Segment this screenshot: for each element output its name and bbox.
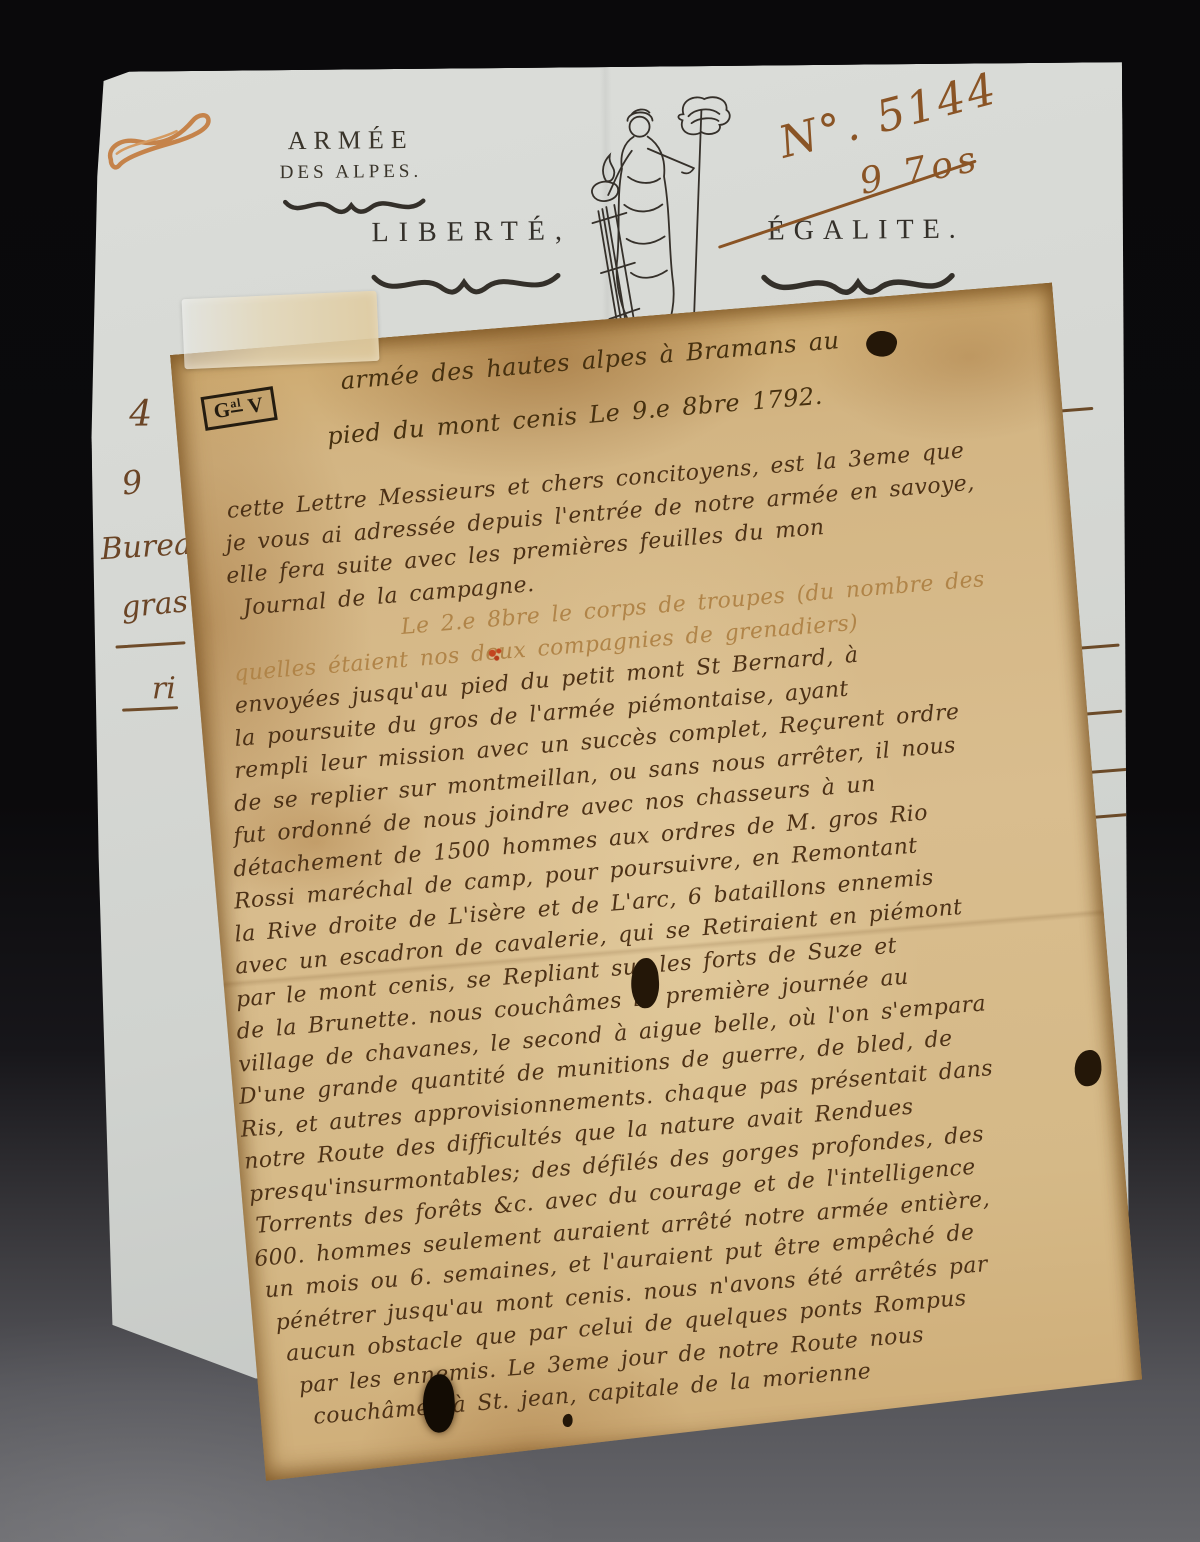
ink-blot <box>864 327 900 360</box>
army-subname: DES ALPES. <box>201 160 501 185</box>
margin-stroke <box>122 706 178 711</box>
ink-spot <box>562 1414 573 1428</box>
margin-fragment: Burea <box>100 527 193 568</box>
manuscript-letter-page: Gal V armée des hautes alpes à Bramans a… <box>170 282 1145 1481</box>
photograph-of-historical-documents: ARMÉE DES ALPES. LIBERTÉ, ÉGALITE. <box>0 0 1200 1542</box>
motto-liberte: LIBERTÉ, <box>371 215 572 249</box>
margin-fragment: 9 <box>120 463 145 503</box>
brace-ornament-liberte <box>368 265 564 303</box>
fasces-bundle <box>592 205 639 325</box>
right-edge-ink-stroke <box>1091 812 1136 819</box>
figure-of-liberty <box>607 109 695 335</box>
army-name: ARMÉE <box>201 124 501 157</box>
manuscript-place-date: armée des hautes alpes à Bramans au <box>340 326 841 395</box>
handwritten-registry-annotation: 9 7os <box>856 138 984 203</box>
margin-fragment: gras <box>120 584 190 625</box>
pike-staff <box>678 97 732 332</box>
stamp-superscript: al <box>229 395 243 413</box>
adhesive-tape <box>182 291 380 369</box>
red-ink-mark <box>487 647 504 662</box>
calligraphic-flourish <box>104 107 215 174</box>
ink-blot <box>1073 1049 1103 1087</box>
margin-stroke <box>115 641 185 648</box>
army-header-block: ARMÉE DES ALPES. <box>201 124 502 185</box>
stamp-text: V <box>246 392 266 418</box>
collection-stamp: Gal V <box>200 386 277 431</box>
margin-fragment: ri <box>152 671 176 706</box>
lamp-and-flame <box>592 155 619 201</box>
manuscript-place-date: pied du mont cenis Le 9.e 8bre 1792. <box>326 382 824 451</box>
margin-fragment: 4 <box>129 393 152 434</box>
